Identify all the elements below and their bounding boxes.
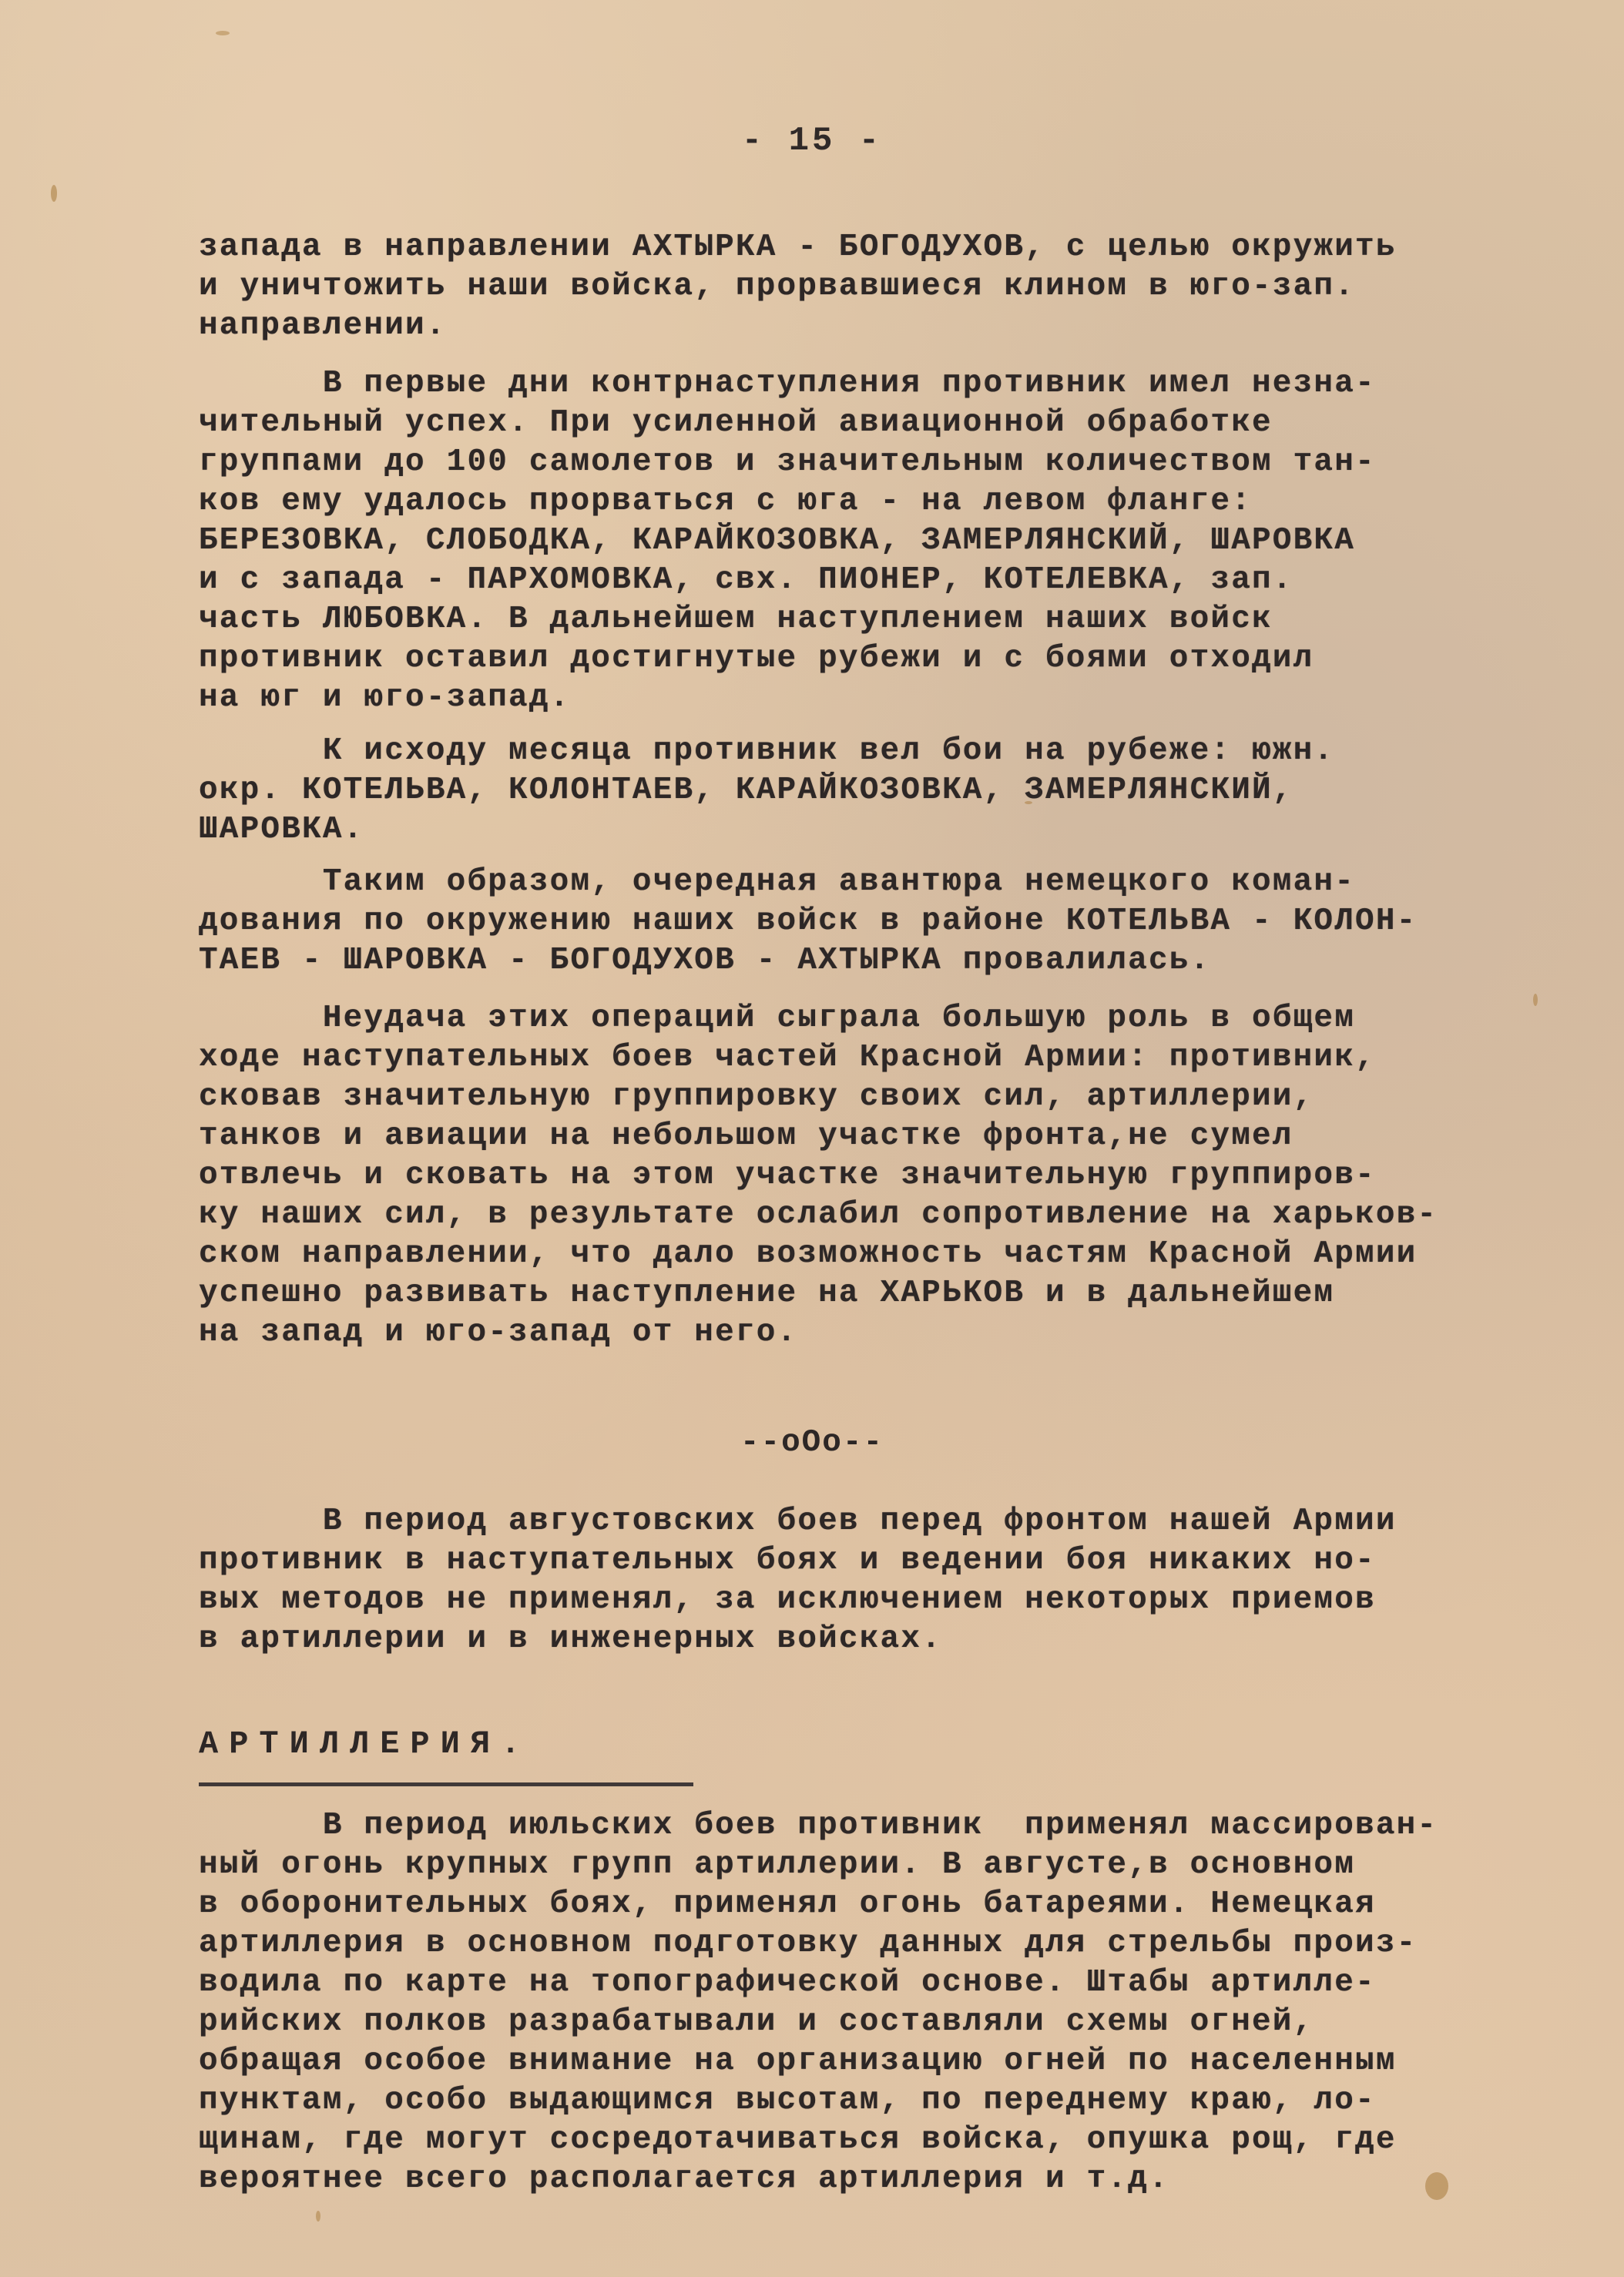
paragraph-conclusion: Таким образом, очередная авантюра немецк…	[199, 863, 1585, 981]
paragraph-continuation: запада в направлении АХТЫРКА - БОГОДУХОВ…	[199, 228, 1585, 346]
text-line: вероятнее всего располагается артиллерия…	[199, 2160, 1585, 2199]
text-line: рийских полков разрабатывали и составлял…	[199, 2003, 1585, 2042]
paper-speck	[316, 2211, 320, 2222]
text-line: чительный успех. При усиленной авиационн…	[199, 404, 1585, 443]
page-number: - 15 -	[0, 122, 1624, 160]
paragraph-august-methods: В период августовских боев перед фронтом…	[199, 1502, 1585, 1659]
text-line: на запад и юго-запад от него.	[199, 1313, 1585, 1353]
text-line: на юг и юго-запад.	[199, 679, 1585, 718]
text-line: В период июльских боев противник применя…	[199, 1806, 1585, 1846]
paragraph-counteroffensive: В первые дни контрнаступления противник …	[199, 364, 1585, 718]
text-line: сковав значительную группировку своих си…	[199, 1078, 1585, 1117]
text-line: К исходу месяца противник вел бои на руб…	[199, 732, 1585, 771]
text-line: противник оставил достигнутые рубежи и с…	[199, 639, 1585, 679]
paragraph-failure: Неудача этих операций сыграла большую ро…	[199, 999, 1585, 1353]
text-line: артиллерия в основном подготовку данных …	[199, 1924, 1585, 1963]
text-line: и с запада - ПАРХОМОВКА, свх. ПИОНЕР, КО…	[199, 561, 1585, 600]
text-line: в оборонительных боях, применял огонь ба…	[199, 1885, 1585, 1924]
document-page: - 15 - запада в направлении АХТЫРКА - БО…	[0, 0, 1624, 2277]
text-line: и уничтожить наши войска, прорвавшиеся к…	[199, 267, 1585, 307]
text-line: ходе наступательных боев частей Красной …	[199, 1038, 1585, 1078]
text-line: ков ему удалось прорваться с юга - на ле…	[199, 482, 1585, 521]
paragraph-end-of-month: К исходу месяца противник вел бои на руб…	[199, 732, 1585, 850]
text-line: запада в направлении АХТЫРКА - БОГОДУХОВ…	[199, 228, 1585, 267]
paper-speck	[51, 185, 57, 202]
text-line: направлении.	[199, 307, 1585, 346]
text-line: ском направлении, что дало возможность ч…	[199, 1235, 1585, 1274]
text-line: танков и авиации на небольшом участке фр…	[199, 1117, 1585, 1156]
text-line: вых методов не применял, за исключением …	[199, 1581, 1585, 1620]
text-line: водила по карте на топографической основ…	[199, 1963, 1585, 2003]
text-line: В первые дни контрнаступления противник …	[199, 364, 1585, 404]
text-line: в артиллерии и в инженерных войсках.	[199, 1620, 1585, 1659]
section-separator: --oOo--	[0, 1425, 1624, 1460]
text-line: пунктам, особо выдающимся высотам, по пе…	[199, 2081, 1585, 2121]
paragraph-artillery: В период июльских боев противник применя…	[199, 1806, 1585, 2199]
text-line: успешно развивать наступление на ХАРЬКОВ…	[199, 1274, 1585, 1313]
text-line: Неудача этих операций сыграла большую ро…	[199, 999, 1585, 1038]
text-line: БЕРЕЗОВКА, СЛОБОДКА, КАРАЙКОЗОВКА, ЗАМЕР…	[199, 521, 1585, 561]
text-line: окр. КОТЕЛЬВА, КОЛОНТАЕВ, КАРАЙКОЗОВКА, …	[199, 771, 1585, 810]
heading-underline	[199, 1782, 693, 1786]
text-line: ШАРОВКА.	[199, 810, 1585, 850]
paper-speck	[216, 31, 230, 35]
text-line: дования по окружению наших войск в район…	[199, 902, 1585, 941]
text-line: противник в наступательных боях и ведени…	[199, 1541, 1585, 1581]
section-heading-artillery: АРТИЛЛЕРИЯ.	[199, 1725, 531, 1762]
text-line: щинам, где могут сосредотачиваться войск…	[199, 2121, 1585, 2160]
text-line: группами до 100 самолетов и значительным…	[199, 443, 1585, 482]
text-line: ный огонь крупных групп артиллерии. В ав…	[199, 1846, 1585, 1885]
text-line: обращая особое внимание на организацию о…	[199, 2042, 1585, 2081]
text-line: ку наших сил, в результате ослабил сопро…	[199, 1196, 1585, 1235]
text-line: ТАЕВ - ШАРОВКА - БОГОДУХОВ - АХТЫРКА про…	[199, 941, 1585, 981]
text-line: отвлечь и сковать на этом участке значит…	[199, 1156, 1585, 1196]
text-line: Таким образом, очередная авантюра немецк…	[199, 863, 1585, 902]
text-line: часть ЛЮБОВКА. В дальнейшем наступлением…	[199, 600, 1585, 639]
text-line: В период августовских боев перед фронтом…	[199, 1502, 1585, 1541]
